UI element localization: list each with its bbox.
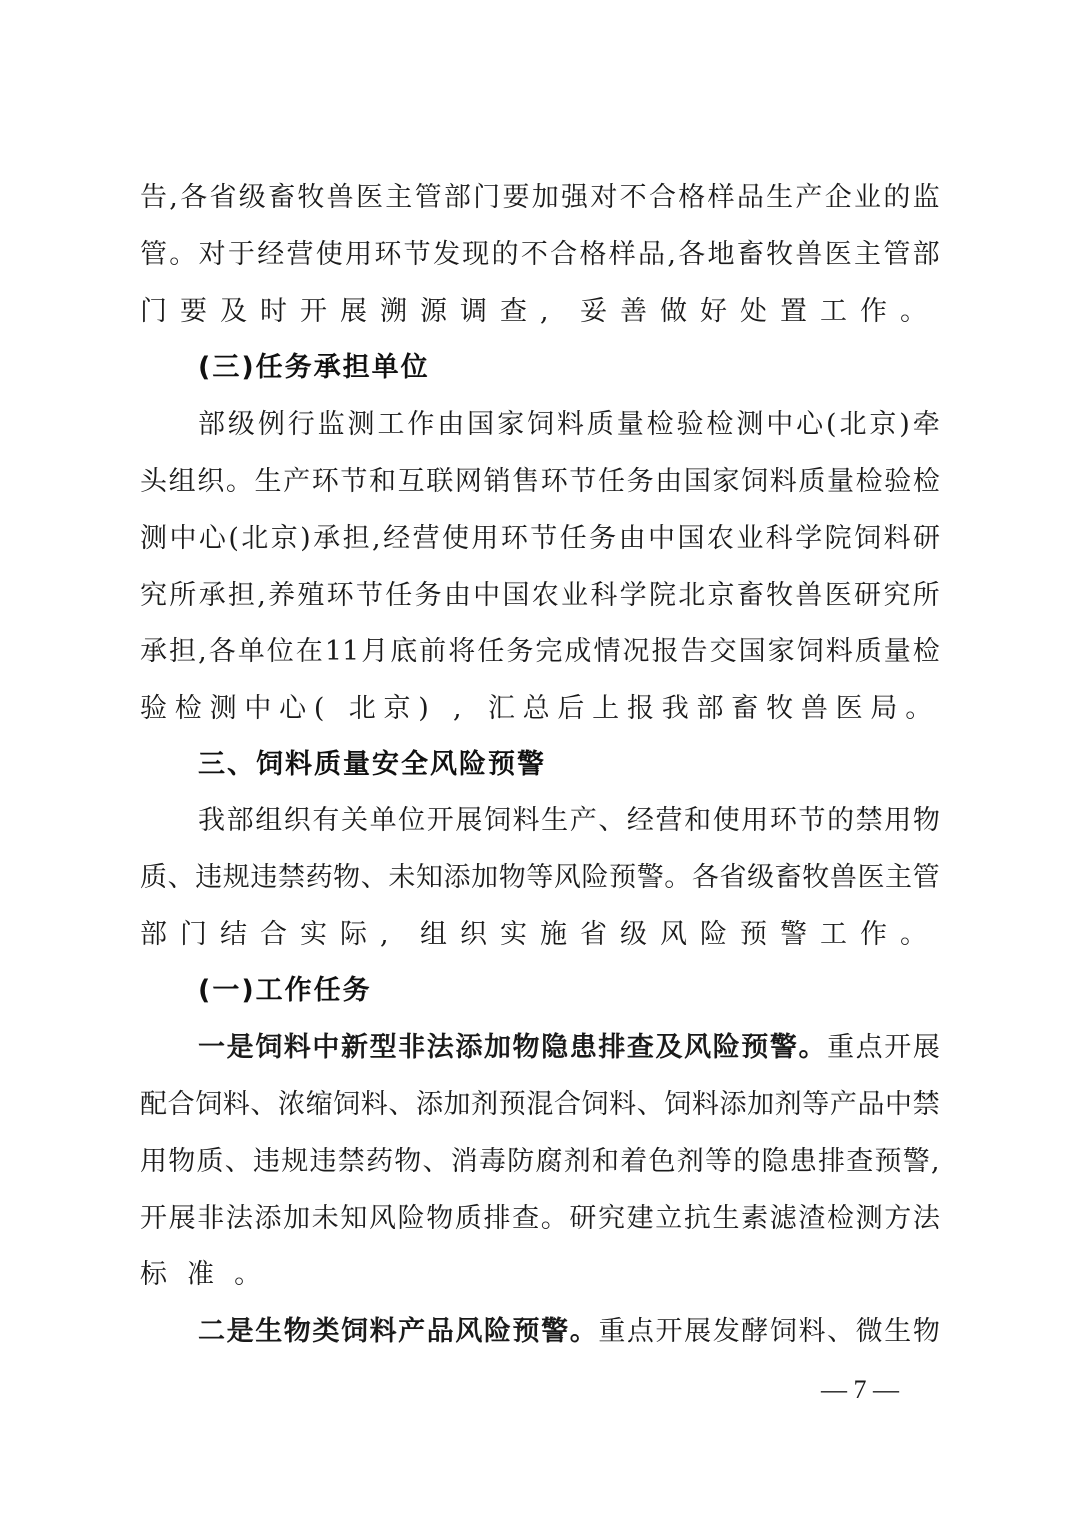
paragraph-line: 验检测中心(北京),汇总后上报我部畜牧兽医局。 [140,689,940,729]
paragraph-line: 标准。 [140,1255,940,1295]
paragraph-line: 一是饲料中新型非法添加物隐患排查及风险预警。重点开展 [198,1028,940,1068]
paragraph-line: 部级例行监测工作由国家饲料质量检验检测中心(北京)牵 [198,405,940,445]
paragraph-line: 用物质、违规违禁药物、消毒防腐剂和着色剂等的隐患排查预警, [140,1142,940,1182]
section-heading: (三)任务承担单位 [198,348,430,388]
paragraph-line: 告,各省级畜牧兽医主管部门要加强对不合格样品生产企业的监 [140,178,940,218]
paragraph-line: 二是生物类饲料产品风险预警。重点开展发酵饲料、微生物 [198,1312,940,1352]
paragraph-line: 我部组织有关单位开展饲料生产、经营和使用环节的禁用物 [198,801,940,841]
paragraph-line: 测中心(北京)承担,经营使用环节任务由中国农业科学院饲料研 [140,519,940,559]
paragraph-line: 头组织。生产环节和互联网销售环节任务由国家饲料质量检验检 [140,462,940,502]
paragraph-line: 管。对于经营使用环节发现的不合格样品,各地畜牧兽医主管部 [140,235,940,275]
section-heading: (一)工作任务 [198,971,372,1011]
paragraph-line: 承担,各单位在11月底前将任务完成情况报告交国家饲料质量检 [140,632,940,672]
page-number: — 7 — [810,1370,910,1410]
paragraph-line: 究所承担,养殖环节任务由中国农业科学院北京畜牧兽医研究所 [140,576,940,616]
paragraph-line: 部门结合实际,组织实施省级风险预警工作。 [140,915,940,955]
paragraph-line: 门要及时开展溯源调查,妥善做好处置工作。 [140,292,940,332]
paragraph-line: 开展非法添加未知风险物质排查。研究建立抗生素滤渣检测方法 [140,1199,940,1239]
paragraph-line: 配合饲料、浓缩饲料、添加剂预混合饲料、饲料添加剂等产品中禁 [140,1085,940,1125]
section-heading: 三、饲料质量安全风险预警 [198,745,546,785]
paragraph-line: 质、违规违禁药物、未知添加物等风险预警。各省级畜牧兽医主管 [140,858,940,898]
document-page: 告,各省级畜牧兽医主管部门要加强对不合格样品生产企业的监管。对于经营使用环节发现… [0,0,1080,1527]
